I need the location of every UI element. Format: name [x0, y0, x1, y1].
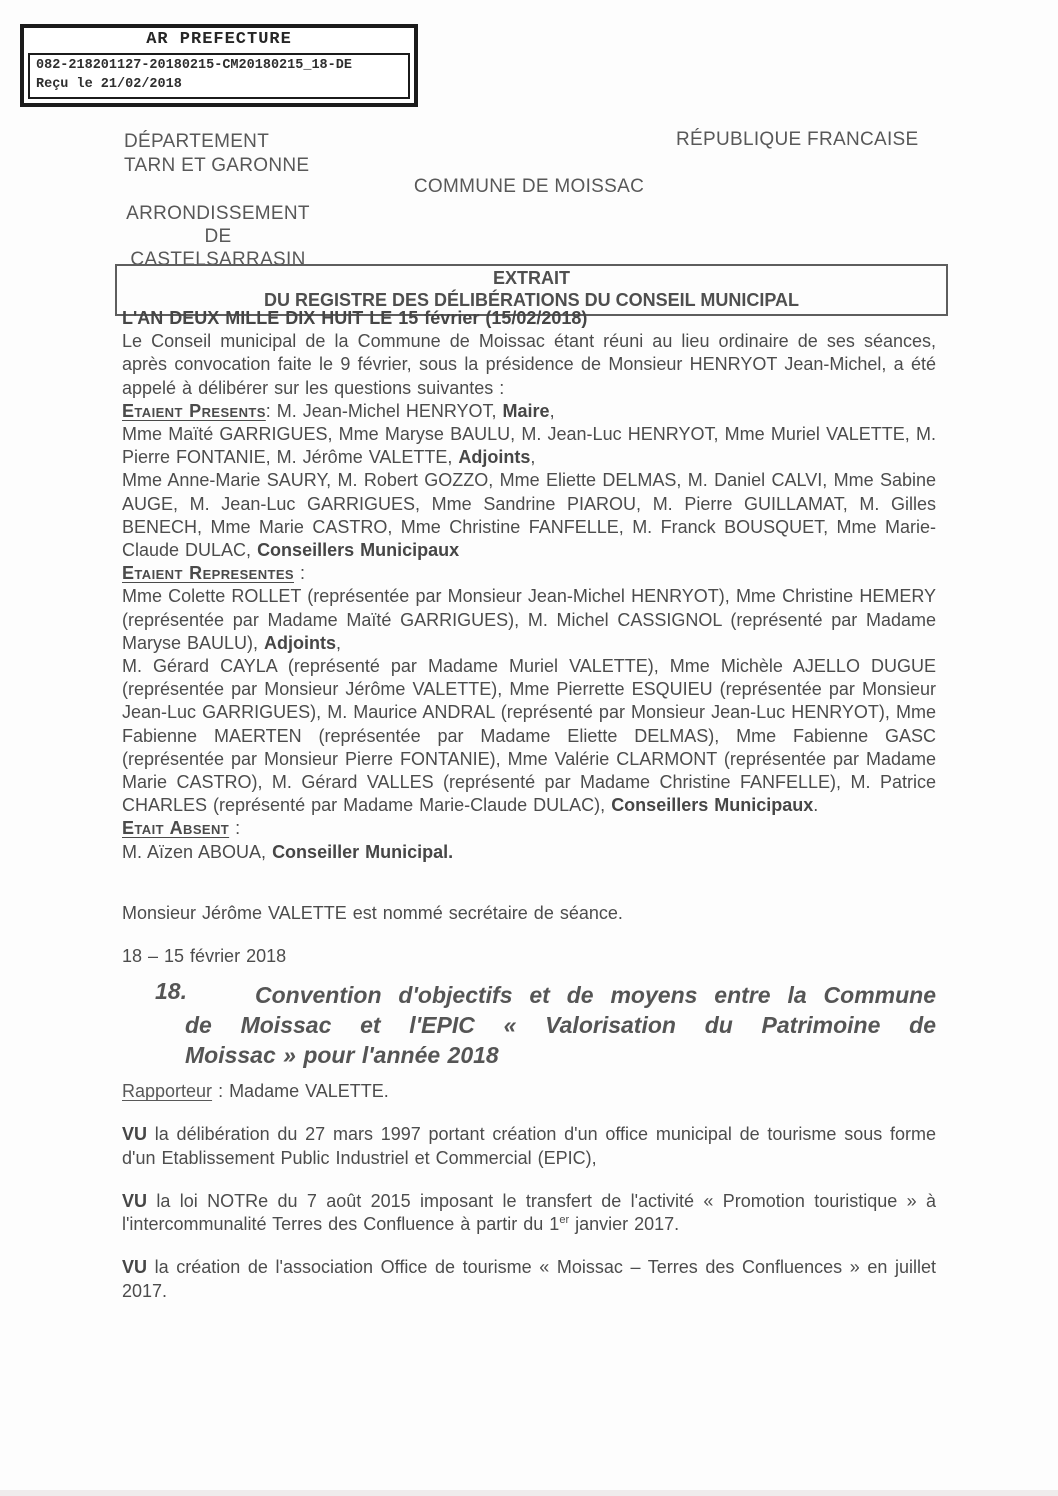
represented-conseillers-post: .	[813, 795, 818, 815]
scan-edge-artifact	[0, 1490, 1058, 1496]
absent-name: M. Aïzen ABOUA,	[122, 842, 272, 862]
vu-label-2: VU	[122, 1191, 147, 1211]
stamp-inner-box: 082-218201127-20180215-CM20180215_18-DE …	[28, 53, 410, 99]
absent-colon: :	[229, 818, 240, 838]
commune-label: COMMUNE DE MOISSAC	[0, 176, 1058, 198]
absent-line: M. Aïzen ABOUA, Conseiller Municipal.	[122, 841, 936, 864]
department-name: TARN ET GARONNE	[124, 154, 309, 178]
rapporteur-label: Rapporteur	[122, 1081, 212, 1101]
presents-post: ,	[550, 401, 555, 421]
absent-heading-line: Etait Absent :	[122, 817, 936, 840]
prefecture-stamp: AR PREFECTURE 082-218201127-20180215-CM2…	[20, 24, 418, 107]
adjoints-role: Adjoints	[458, 447, 530, 467]
vu-paragraph-1: VU la délibération du 27 mars 1997 porta…	[122, 1123, 936, 1169]
vu-paragraph-2: VU la loi NOTRe du 7 août 2015 imposant …	[122, 1190, 936, 1236]
absent-role: Conseiller Municipal.	[272, 842, 453, 862]
secretary-line: Monsieur Jérôme VALETTE est nommé secrét…	[122, 902, 936, 925]
deliberation-title-block: 18. Convention d'objectifs et de moyens …	[122, 980, 936, 1070]
deliberation-title-line2: de Moissac et l'EPIC « Valorisation du P…	[185, 1010, 936, 1040]
represented-conseillers-role: Conseillers Municipaux	[611, 795, 813, 815]
representes-heading-line: Etaient Representes :	[122, 562, 936, 585]
represented-conseillers-names: M. Gérard CAYLA (représenté par Madame M…	[122, 656, 936, 815]
republic-label: RÉPUBLIQUE FRANCAISE	[676, 129, 919, 151]
vu-text-2-post: janvier 2017.	[569, 1214, 679, 1234]
stamp-received-date: Reçu le 21/02/2018	[36, 75, 402, 94]
vu-text-1: la délibération du 27 mars 1997 portant …	[122, 1124, 936, 1167]
represented-conseillers-paragraph: M. Gérard CAYLA (représenté par Madame M…	[122, 655, 936, 817]
vu-paragraph-3: VU la création de l'association Office d…	[122, 1256, 936, 1302]
document-body: L'AN DEUX MILLE DIX HUIT LE 15 février (…	[122, 307, 936, 1303]
arrondissement-block: ARRONDISSEMENT DE CASTELSARRASIN	[122, 202, 314, 271]
deliberation-ref: 18 – 15 février 2018	[122, 945, 936, 968]
deliberation-number: 18.	[155, 980, 187, 1003]
vu-label-1: VU	[122, 1124, 147, 1144]
absent-heading: Etait Absent	[122, 818, 229, 838]
deliberation-title-line1: Convention d'objectifs et de moyens entr…	[255, 980, 936, 1010]
conseillers-role: Conseillers Municipaux	[257, 540, 459, 560]
presents-line: Etaient Presents: M. Jean-Michel HENRYOT…	[122, 400, 936, 423]
stamp-code: 082-218201127-20180215-CM20180215_18-DE	[36, 56, 402, 75]
session-date-text: L'AN DEUX MILLE DIX HUIT LE 15 février (…	[122, 308, 587, 328]
adjoints-paragraph: Mme Maïté GARRIGUES, Mme Maryse BAULU, M…	[122, 423, 936, 469]
arrondissement-label: ARRONDISSEMENT	[122, 202, 314, 225]
deliberation-title: Convention d'objectifs et de moyens entr…	[185, 980, 936, 1070]
rapporteur-line: Rapporteur : Madame VALETTE.	[122, 1080, 936, 1103]
representes-colon: :	[294, 563, 305, 583]
conseillers-paragraph: Mme Anne-Marie SAURY, M. Robert GOZZO, M…	[122, 469, 936, 562]
representes-heading: Etaient Representes	[122, 563, 294, 583]
extract-line1: EXTRAIT	[117, 268, 946, 290]
deliberation-title-line3: Moissac » pour l'année 2018	[185, 1040, 936, 1070]
department-label: DÉPARTEMENT	[124, 130, 309, 154]
vu-text-2-pre: la loi NOTRe du 7 août 2015 imposant le …	[122, 1191, 936, 1234]
presents-heading: Etaient Presents	[122, 401, 266, 421]
arrondissement-de: DE	[122, 225, 314, 248]
scanned-document-page: AR PREFECTURE 082-218201127-20180215-CM2…	[0, 0, 1058, 1496]
intro-paragraph: Le Conseil municipal de la Commune de Mo…	[122, 330, 936, 400]
vu-label-3: VU	[122, 1257, 147, 1277]
department-block: DÉPARTEMENT TARN ET GARONNE	[124, 130, 309, 178]
represented-adjoints-role: Adjoints	[264, 633, 336, 653]
represented-adjoints-names: Mme Colette ROLLET (représentée par Mons…	[122, 586, 936, 652]
conseillers-names: Mme Anne-Marie SAURY, M. Robert GOZZO, M…	[122, 470, 936, 560]
session-date-line: L'AN DEUX MILLE DIX HUIT LE 15 février (…	[122, 307, 936, 330]
adjoints-post: ,	[530, 447, 535, 467]
represented-adjoints-post: ,	[336, 633, 341, 653]
represented-adjoints-paragraph: Mme Colette ROLLET (représentée par Mons…	[122, 585, 936, 655]
presents-mayor: : M. Jean-Michel HENRYOT,	[266, 401, 503, 421]
presents-role-maire: Maire	[503, 401, 550, 421]
vu-text-3: la création de l'association Office de t…	[122, 1257, 936, 1300]
vu-ordinal-superscript: er	[559, 1214, 569, 1226]
stamp-title: AR PREFECTURE	[28, 30, 410, 50]
rapporteur-value: : Madame VALETTE.	[212, 1081, 389, 1101]
